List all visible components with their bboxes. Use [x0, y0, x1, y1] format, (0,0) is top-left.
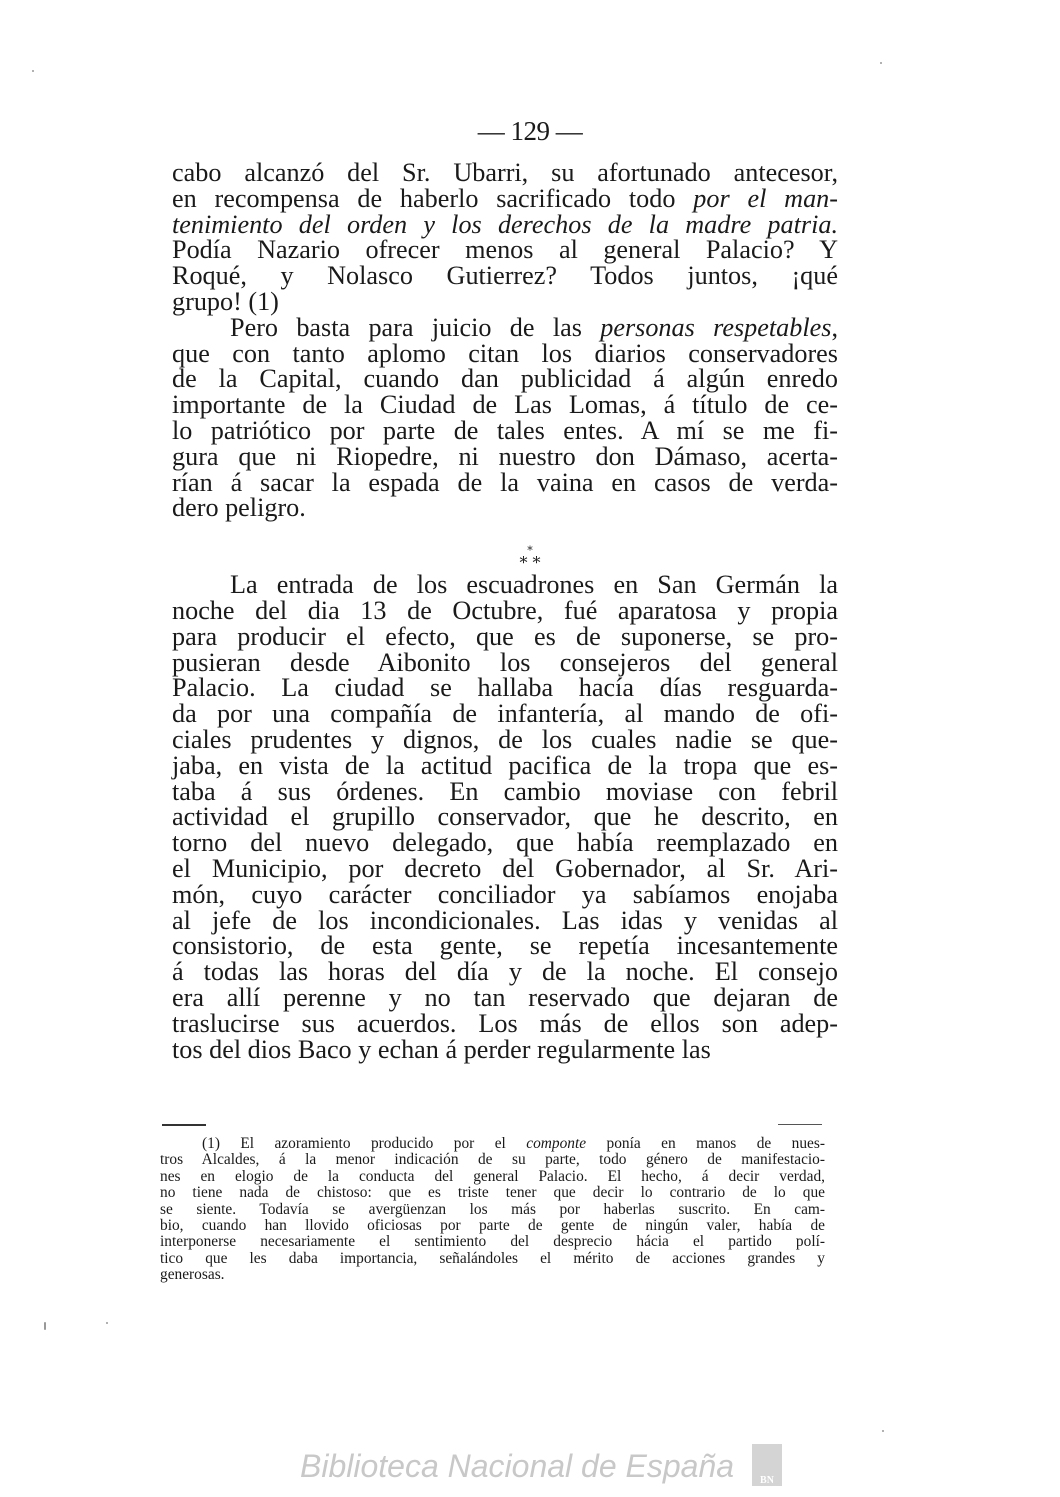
text-line: generosas.: [160, 1267, 825, 1283]
paragraph-2: Pero basta para juicio de las personas r…: [172, 315, 838, 521]
text-line: interponerse necesariamente el sentimien…: [160, 1234, 825, 1250]
text-line: Roqué, y Nolasco Gutierrez? Todos juntos…: [172, 263, 838, 289]
text-line: que con tanto aplomo citan los diarios c…: [172, 341, 838, 367]
bne-logo-icon: BN: [752, 1444, 782, 1486]
text-line: Podía Nazario ofrecer menos al general P…: [172, 237, 838, 263]
text-line: traslucirse sus acuerdos. Los más de ell…: [172, 1011, 838, 1037]
text-line: tico que les daba importancia, señalándo…: [160, 1251, 825, 1267]
text-line: rían á sacar la espada de la vaina en ca…: [172, 470, 838, 496]
text-line: (1) El azoramiento producido por el comp…: [160, 1136, 825, 1152]
text-line: se siente. Todavía se avergüenzan los má…: [160, 1202, 825, 1218]
section-break-asterism: * * *: [0, 545, 1060, 569]
footnote: (1) El azoramiento producido por el comp…: [160, 1136, 825, 1284]
text-line: La entrada de los escuadrones en San Ger…: [172, 572, 838, 598]
asterism-bottom-stars: * *: [519, 553, 540, 572]
text-line: grupo! (1): [172, 289, 838, 315]
text-line: noche del dia 13 de Octubre, fué aparato…: [172, 598, 838, 624]
text-line: tos del dios Baco y echan á perder regul…: [172, 1037, 838, 1063]
text-line: torno del nuevo delegado, que había reem…: [172, 830, 838, 856]
text-line: taba á sus órdenes. En cambio moviase co…: [172, 779, 838, 805]
watermark-text: Biblioteca Nacional de España: [300, 1448, 734, 1485]
text-line: tros Alcaldes, á la menor indicación de …: [160, 1152, 825, 1168]
scan-speck: [880, 62, 882, 64]
text-line: bio, cuando han llovido oficiosas por pa…: [160, 1218, 825, 1234]
body-text: cabo alcanzó del Sr. Ubarri, su afortuna…: [172, 160, 838, 1062]
scan-speck: [106, 1322, 108, 1324]
text-line: era allí perenne y no tan reservado que …: [172, 985, 838, 1011]
text-line: al jefe de los incondicionales. Las idas…: [172, 908, 838, 934]
footnote-rule-left: [162, 1124, 206, 1126]
text-line: en recompensa de haberlo sacrificado tod…: [172, 186, 838, 212]
text-line: actividad el grupillo conservador, que h…: [172, 804, 838, 830]
scan-speck: [32, 70, 34, 72]
page-number: — 129 —: [0, 116, 1060, 147]
scan-speck: [882, 1430, 884, 1432]
paragraph-3: La entrada de los escuadrones en San Ger…: [172, 572, 838, 1062]
text-line: Palacio. La ciudad se hallaba hacía días…: [172, 675, 838, 701]
text-line: dero peligro.: [172, 495, 838, 521]
paragraph-1: cabo alcanzó del Sr. Ubarri, su afortuna…: [172, 160, 838, 315]
footnote-rule-right: [778, 1124, 822, 1125]
text-line: ciales prudentes y dignos, de los cuales…: [172, 727, 838, 753]
text-line: jaba, en vista de la actitud pacifica de…: [172, 753, 838, 779]
text-line: gura que ni Riopedre, ni nuestro don Dám…: [172, 444, 838, 470]
text-line: á todas las horas del día y de la noche.…: [172, 959, 838, 985]
text-line: da por una compañía de infantería, al ma…: [172, 701, 838, 727]
text-line: de la Capital, cuando dan publicidad á a…: [172, 366, 838, 392]
text-line: món, cuyo carácter conciliador ya sabíam…: [172, 882, 838, 908]
text-line: importante de la Ciudad de Las Lomas, á …: [172, 392, 838, 418]
text-line: no tiene nada de chistoso: que es triste…: [160, 1185, 825, 1201]
text-line: consistorio, de esta gente, se repetía i…: [172, 933, 838, 959]
text-line: nes en elogio de la conducta del general…: [160, 1169, 825, 1185]
scan-speck: [44, 1322, 46, 1330]
text-line: lo patriótico por parte de tales entes. …: [172, 418, 838, 444]
text-line: pusieran desde Aibonito los consejeros d…: [172, 650, 838, 676]
text-line: Pero basta para juicio de las personas r…: [172, 315, 838, 341]
text-line: tenimiento del orden y los derechos de l…: [172, 212, 838, 238]
text-line: el Municipio, por decreto del Gobernador…: [172, 856, 838, 882]
text-line: para producir el efecto, que es de supon…: [172, 624, 838, 650]
text-line: cabo alcanzó del Sr. Ubarri, su afortuna…: [172, 160, 838, 186]
bne-logo-label: BN: [760, 1475, 774, 1486]
